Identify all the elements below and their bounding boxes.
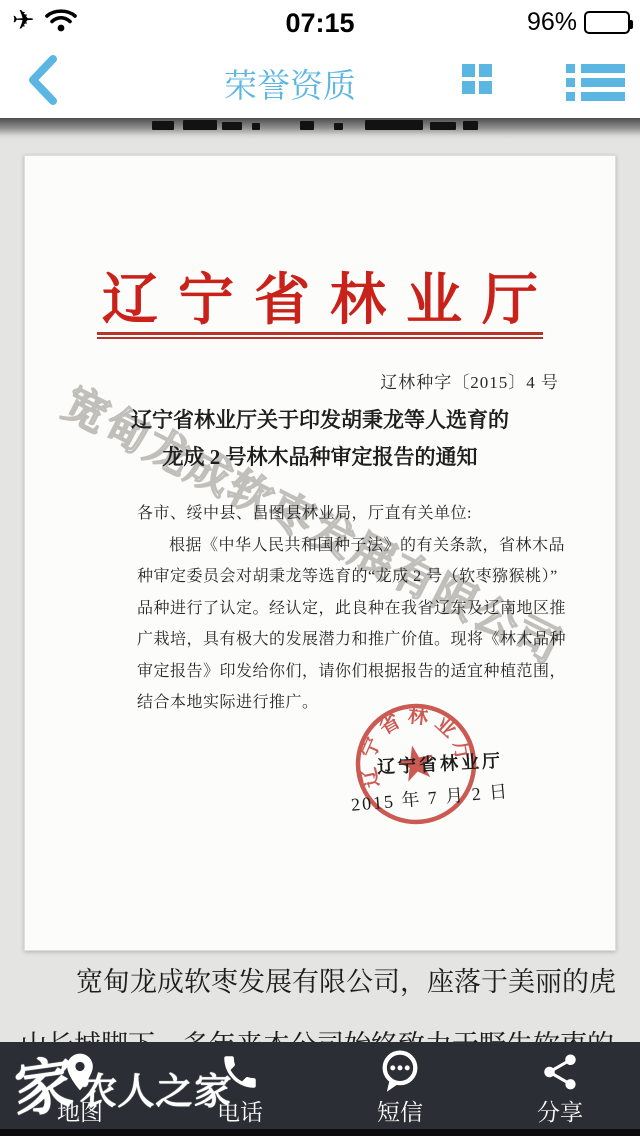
toolbar-label-map: 地图 — [57, 1094, 103, 1127]
document-body: 各市、绥中县、昌图县林业局，厅直有关单位: 根据《中华人民共和国种子法》的有关条… — [137, 498, 587, 719]
caption-line-1: 宽甸龙成软枣发展有限公司，座落于美丽的虎 — [24, 960, 616, 999]
clipped-text-fragment — [430, 122, 456, 130]
document-body-line: 根据《中华人民共和国种子法》的有关条款，省林木品 — [137, 530, 587, 562]
document-body-line: 种审定委员会对胡秉龙等选育的“龙成 2 号（软枣猕猴桃）” — [137, 561, 587, 593]
document-agency-title: 辽宁省林业厅 — [25, 256, 615, 336]
toolbar-item-message[interactable]: 短信 — [320, 1042, 480, 1136]
back-chevron-icon[interactable] — [18, 54, 68, 106]
map-pin-icon — [57, 1048, 103, 1096]
app-screen: ✈ 07:15 96% 荣誉资质 — [0, 0, 640, 1136]
clipped-text-fragment — [222, 122, 242, 130]
nav-shadow — [0, 118, 640, 140]
certificate-document-image[interactable]: 宽甸龙成软枣发展有限公司 辽宁省林业厅 辽林种字〔2015〕4 号 辽宁省林业厅… — [24, 155, 616, 951]
nav-bar: 荣誉资质 — [0, 40, 640, 118]
toolbar-label-phone: 电话 — [217, 1094, 263, 1127]
list-view-icon[interactable] — [566, 64, 628, 106]
toolbar-item-share[interactable]: 分享 — [480, 1042, 640, 1136]
document-heading-line2: 龙成 2 号林木品种审定报告的通知 — [25, 439, 615, 476]
status-bar: ✈ 07:15 96% — [0, 0, 640, 40]
phone-icon — [217, 1048, 263, 1096]
toolbar-item-phone[interactable]: 电话 — [160, 1042, 320, 1136]
document-body-line: 审定报告》印发给你们，请你们根据报告的适宜种植范围， — [137, 656, 587, 688]
message-icon — [377, 1048, 423, 1096]
share-icon — [537, 1048, 583, 1096]
document-body-line: 品种进行了认定。经认定，此良种在我省辽东及辽南地区推 — [137, 593, 587, 625]
document-number: 辽林种字〔2015〕4 号 — [380, 368, 559, 393]
clipped-text-fragment — [152, 121, 174, 130]
document-salutation: 各市、绥中县、昌图县林业局，厅直有关单位: — [137, 498, 587, 530]
toolbar-bottom-strip — [0, 1129, 640, 1136]
clipped-text-fragment — [183, 120, 217, 130]
battery-percent: 96% — [527, 8, 577, 37]
document-red-divider — [97, 332, 543, 339]
document-heading: 辽宁省林业厅关于印发胡秉龙等人选育的 龙成 2 号林木品种审定报告的通知 — [25, 402, 615, 476]
document-heading-line1: 辽宁省林业厅关于印发胡秉龙等人选育的 — [25, 402, 615, 439]
document-body-line: 广栽培，具有极大的发展潜力和推广价值。现将《林木品种 — [137, 624, 587, 656]
caption-line-2: 山长城脚下，多年来本公司始终致力于野生软枣的 — [20, 1023, 614, 1042]
page-title: 荣誉资质 — [120, 60, 460, 107]
bottom-toolbar: 地图 电话 — [0, 1042, 640, 1136]
clipped-text-fragment — [334, 123, 343, 130]
clipped-text-fragment — [365, 120, 423, 130]
grid-view-icon[interactable] — [462, 64, 493, 95]
clipped-text-fragment — [463, 121, 478, 130]
battery-icon — [584, 11, 630, 34]
toolbar-label-message: 短信 — [377, 1094, 423, 1127]
scroll-content[interactable]: 宽甸龙成软枣发展有限公司 辽宁省林业厅 辽林种字〔2015〕4 号 辽宁省林业厅… — [0, 118, 640, 1042]
toolbar-item-map[interactable]: 地图 — [0, 1042, 160, 1136]
clipped-text-fragment — [300, 121, 314, 130]
clipped-text-fragment — [252, 123, 260, 130]
toolbar-label-share: 分享 — [537, 1094, 583, 1127]
